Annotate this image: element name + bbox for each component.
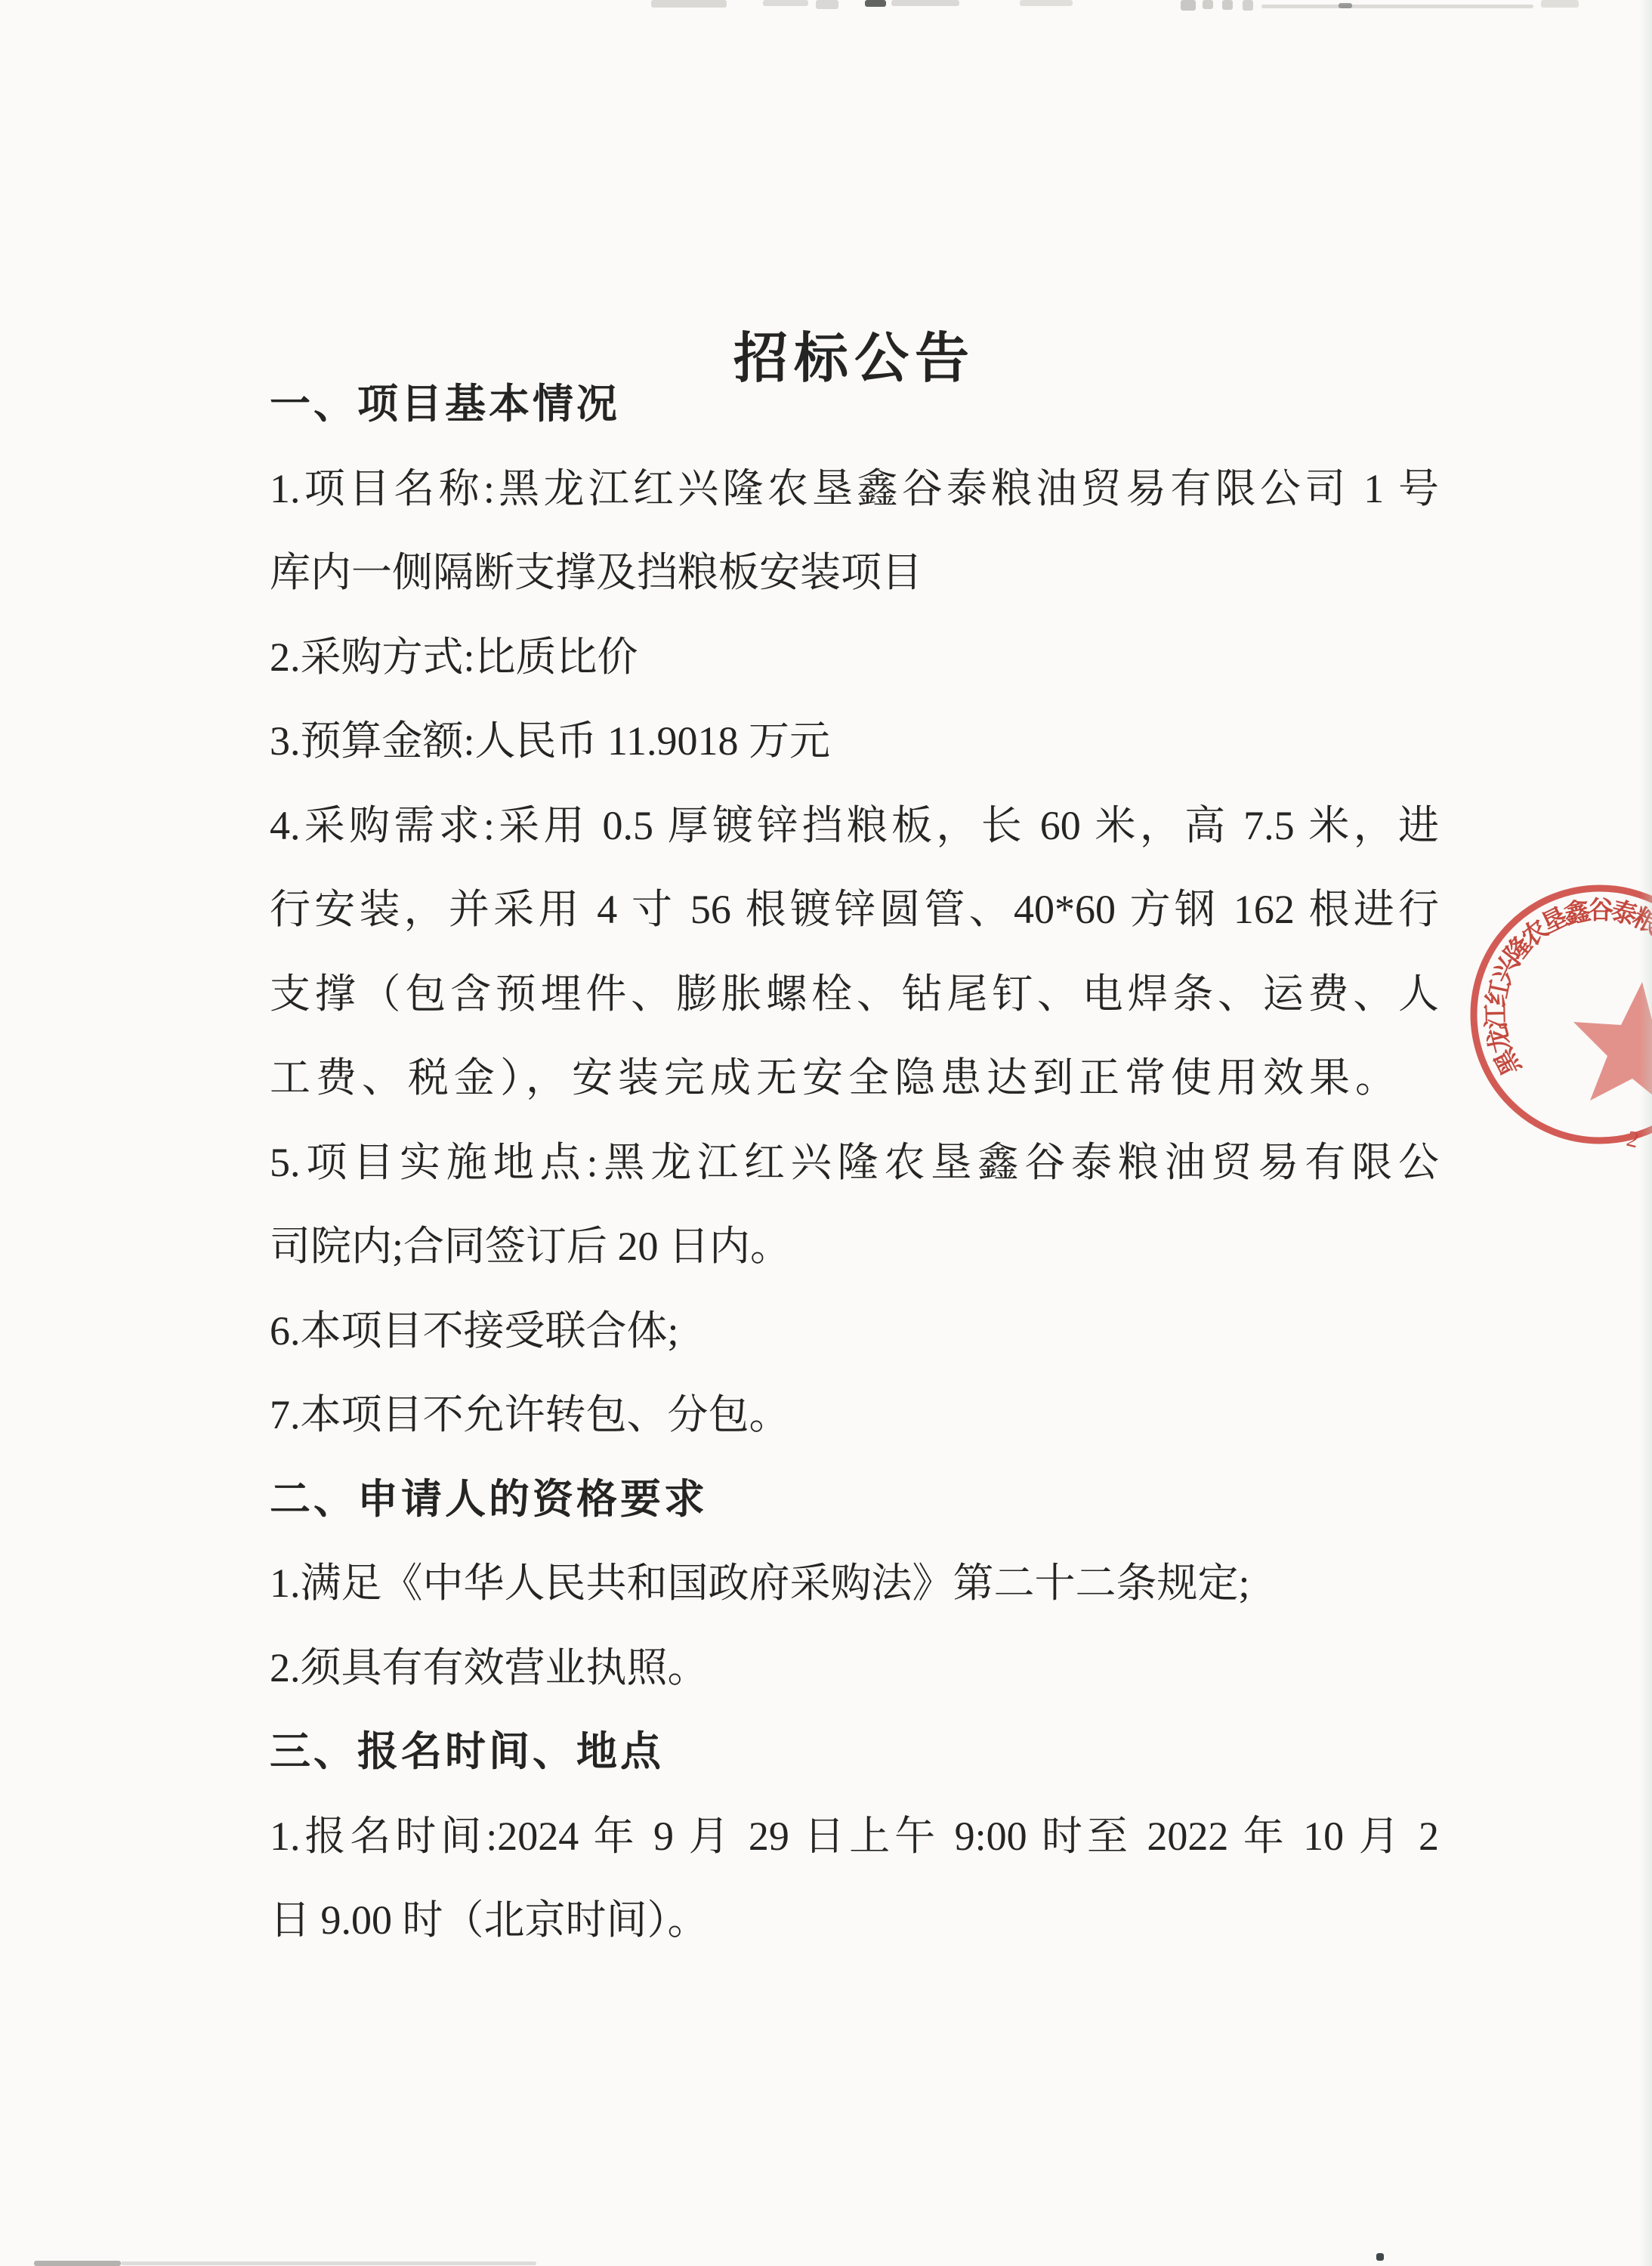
scan-artifact (1541, 0, 1579, 8)
scan-artifact (1376, 2253, 1384, 2261)
text-line: 7.本项目不允许转包、分包。 (270, 1391, 1439, 1445)
scan-artifact (891, 0, 959, 6)
text-line: 司院内;合同签订后 20 日内。 (270, 1222, 1439, 1277)
scan-artifact (34, 2261, 121, 2266)
text-line: 2.采购方式:比质比价 (270, 633, 1439, 687)
text-line: 2.须具有有效营业执照。 (270, 1644, 1439, 1698)
text-line: 支撑（包含预埋件、膨胀螺栓、钻尾钉、电焊条、运费、人 (270, 970, 1439, 1024)
company-seal: 黑龙江红兴隆农垦鑫谷泰粮油贸易有限公司 2 (1435, 831, 1652, 1209)
text-line: 5.项目实施地点:黑龙江红兴隆农垦鑫谷泰粮油贸易有限公 (270, 1138, 1439, 1193)
scan-artifact (1261, 5, 1533, 8)
scan-artifact (1243, 0, 1253, 11)
scan-artifact (1181, 0, 1196, 11)
scan-artifact (816, 0, 838, 9)
text-line: 1.报名时间:2024 年 9 月 29 日上午 9:00 时至 2022 年 … (270, 1812, 1439, 1866)
text-line: 6.本项目不接受联合体; (270, 1307, 1439, 1361)
scan-artifact (1222, 0, 1233, 10)
scan-artifact (651, 0, 727, 8)
text-line: 4.采购需求:采用 0.5 厚镀锌挡粮板，长 60 米，高 7.5 米，进 (270, 801, 1439, 856)
text-line: 1.项目名称:黑龙江红兴隆农垦鑫谷泰粮油贸易有限公司 1 号 (270, 465, 1439, 519)
text-line: 一、项目基本情况 (270, 380, 1439, 434)
text-line: 工费、税金），安装完成无安全隐患达到正常使用效果。 (270, 1054, 1439, 1108)
scan-artifact (1339, 3, 1352, 8)
seal-serial-digit: 2 (1624, 1126, 1641, 1153)
text-line: 1.满足《中华人民共和国政府采购法》第二十二条规定; (270, 1559, 1439, 1613)
text-line: 二、申请人的资格要求 (270, 1475, 1439, 1530)
scanned-document-page: 招标公告 一、项目基本情况1.项目名称:黑龙江红兴隆农垦鑫谷泰粮油贸易有限公司 … (0, 0, 1652, 2266)
scan-artifact (865, 0, 886, 7)
text-line: 3.预算金额:人民币 11.9018 万元 (270, 717, 1439, 771)
text-line: 行安装，并采用 4 寸 56 根镀锌圆管、40*60 方钢 162 根进行 (270, 885, 1439, 940)
text-line: 日 9.00 时（北京时间）。 (270, 1896, 1439, 1950)
text-line: 三、报名时间、地点 (270, 1727, 1439, 1782)
scan-artifact (121, 2261, 536, 2265)
scan-artifact (1020, 0, 1073, 6)
scan-artifact (763, 0, 808, 6)
scan-artifact (1203, 0, 1213, 9)
text-line: 库内一侧隔断支撑及挡粮板安装项目 (270, 548, 1439, 603)
page-edge-shadow (1640, 0, 1652, 2266)
